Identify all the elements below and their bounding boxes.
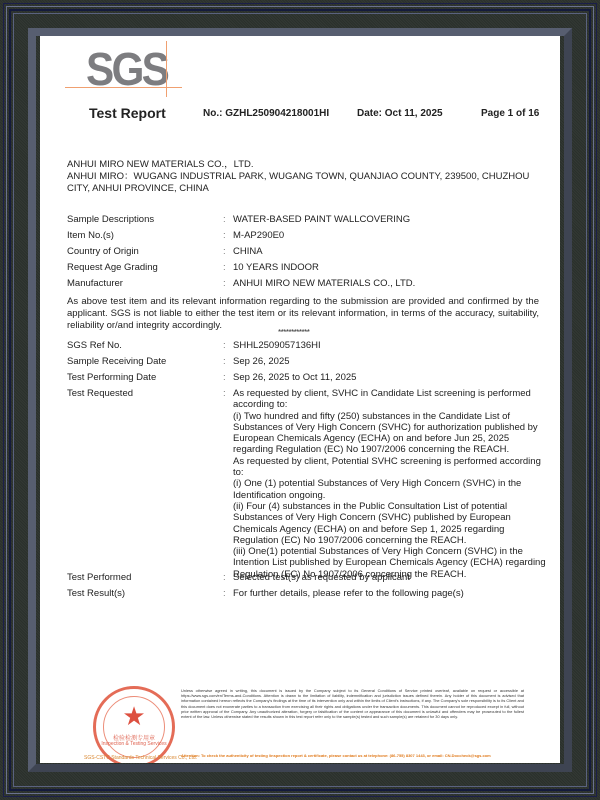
info-label: Manufacturer [67, 278, 217, 290]
requested-paragraph: (i) Two hundred and fifty (250) substanc… [233, 411, 549, 456]
colon: : [223, 572, 226, 584]
applicant-address-cont: CITY, ANHUI PROVINCE, CHINA [67, 183, 537, 195]
info-row: Request Age Grading : 10 YEARS INDOOR [67, 262, 547, 278]
info-label: Item No.(s) [67, 230, 217, 242]
terms-fine-print: Unless otherwise agreed in writing, this… [181, 688, 524, 719]
colon: : [223, 214, 226, 226]
logo-crosshair-vertical [166, 41, 167, 97]
sample-info-table: Sample Descriptions : WATER-BASED PAINT … [67, 214, 547, 294]
info-label: Country of Origin [67, 246, 217, 258]
test-info-table: SGS Ref No. : SHHL2509057136HI Sample Re… [67, 340, 547, 580]
info-label: Test Performing Date [67, 372, 217, 384]
applicant-block: ANHUI MIRO NEW MATERIALS CO.，LTD. ANHUI … [67, 159, 537, 195]
info-value: For further details, please refer to the… [233, 588, 553, 600]
info-label: Request Age Grading [67, 262, 217, 274]
info-value: WATER-BASED PAINT WALLCOVERING [233, 214, 553, 226]
test-requested-row: Test Requested : As requested by client,… [67, 388, 547, 580]
info-label: Test Requested [67, 388, 133, 399]
info-value: SHHL2509057136HI [233, 340, 553, 352]
section-divider: ************ [278, 328, 309, 337]
applicant-disclaimer: As above test item and its relevant info… [67, 296, 539, 332]
official-seal-stamp: ★ 检验检测专用章 Inspection & Testing Services [93, 686, 175, 763]
logo-crosshair-horizontal [65, 87, 182, 88]
info-row: Sample Descriptions : WATER-BASED PAINT … [67, 214, 547, 230]
requested-paragraph: As requested by client, Potential SVHC s… [233, 456, 549, 479]
info-label: Sample Receiving Date [67, 356, 217, 368]
info-value: 10 YEARS INDOOR [233, 262, 553, 274]
stamp-subtext: Inspection & Testing Services [96, 741, 172, 747]
requested-paragraph: (i) One (1) potential Substances of Very… [233, 478, 549, 501]
colon: : [223, 588, 226, 600]
info-value: Selected test(s) as requested by applica… [233, 572, 553, 584]
colon: : [223, 262, 226, 274]
info-value: Sep 26, 2025 [233, 356, 553, 368]
requested-paragraph: (ii) Four (4) substances in the Public C… [233, 501, 549, 546]
report-number: No.: GZHL250904218001HI [203, 108, 329, 119]
info-value: M-AP290E0 [233, 230, 553, 242]
colon: : [223, 356, 226, 368]
applicant-name: ANHUI MIRO NEW MATERIALS CO.，LTD. [67, 159, 537, 171]
star-icon: ★ [96, 703, 172, 729]
info-value: ANHUI MIRO NEW MATERIALS CO., LTD. [233, 278, 553, 290]
applicant-address: ANHUI MIRO：WUGANG INDUSTRIAL PARK, WUGAN… [67, 171, 537, 183]
requested-paragraph: As requested by client, SVHC in Candidat… [233, 388, 549, 411]
colon: : [223, 230, 226, 242]
info-row: Item No.(s) : M-AP290E0 [67, 230, 547, 246]
page-indicator: Page 1 of 16 [481, 108, 539, 119]
info-row: Manufacturer : ANHUI MIRO NEW MATERIALS … [67, 278, 547, 294]
sgs-logo: SGS [86, 46, 167, 92]
info-value: CHINA [233, 246, 553, 258]
info-label: SGS Ref No. [67, 340, 217, 352]
test-summary-table: Test Performed : Selected test(s) as req… [67, 572, 547, 604]
colon: : [223, 278, 226, 290]
info-row: Test Performing Date : Sep 26, 2025 to O… [67, 372, 547, 388]
info-row: SGS Ref No. : SHHL2509057136HI [67, 340, 547, 356]
report-title: Test Report [89, 105, 166, 121]
colon: : [223, 388, 226, 399]
colon: : [223, 340, 226, 352]
info-value: Sep 26, 2025 to Oct 11, 2025 [233, 372, 553, 384]
test-requested-details: As requested by client, SVHC in Candidat… [233, 388, 549, 580]
info-row: Sample Receiving Date : Sep 26, 2025 [67, 356, 547, 372]
info-row: Test Result(s) : For further details, pl… [67, 588, 547, 604]
info-row: Test Performed : Selected test(s) as req… [67, 572, 547, 588]
colon: : [223, 246, 226, 258]
info-label: Test Performed [67, 572, 217, 584]
colon: : [223, 372, 226, 384]
test-report-page: SGS Test Report No.: GZHL250904218001HI … [40, 36, 560, 763]
info-row: Country of Origin : CHINA [67, 246, 547, 262]
info-label: Test Result(s) [67, 588, 217, 600]
report-date: Date: Oct 11, 2025 [357, 108, 443, 119]
authenticity-notice: Attention: To check the authenticity of … [181, 753, 524, 758]
info-label: Sample Descriptions [67, 214, 217, 226]
